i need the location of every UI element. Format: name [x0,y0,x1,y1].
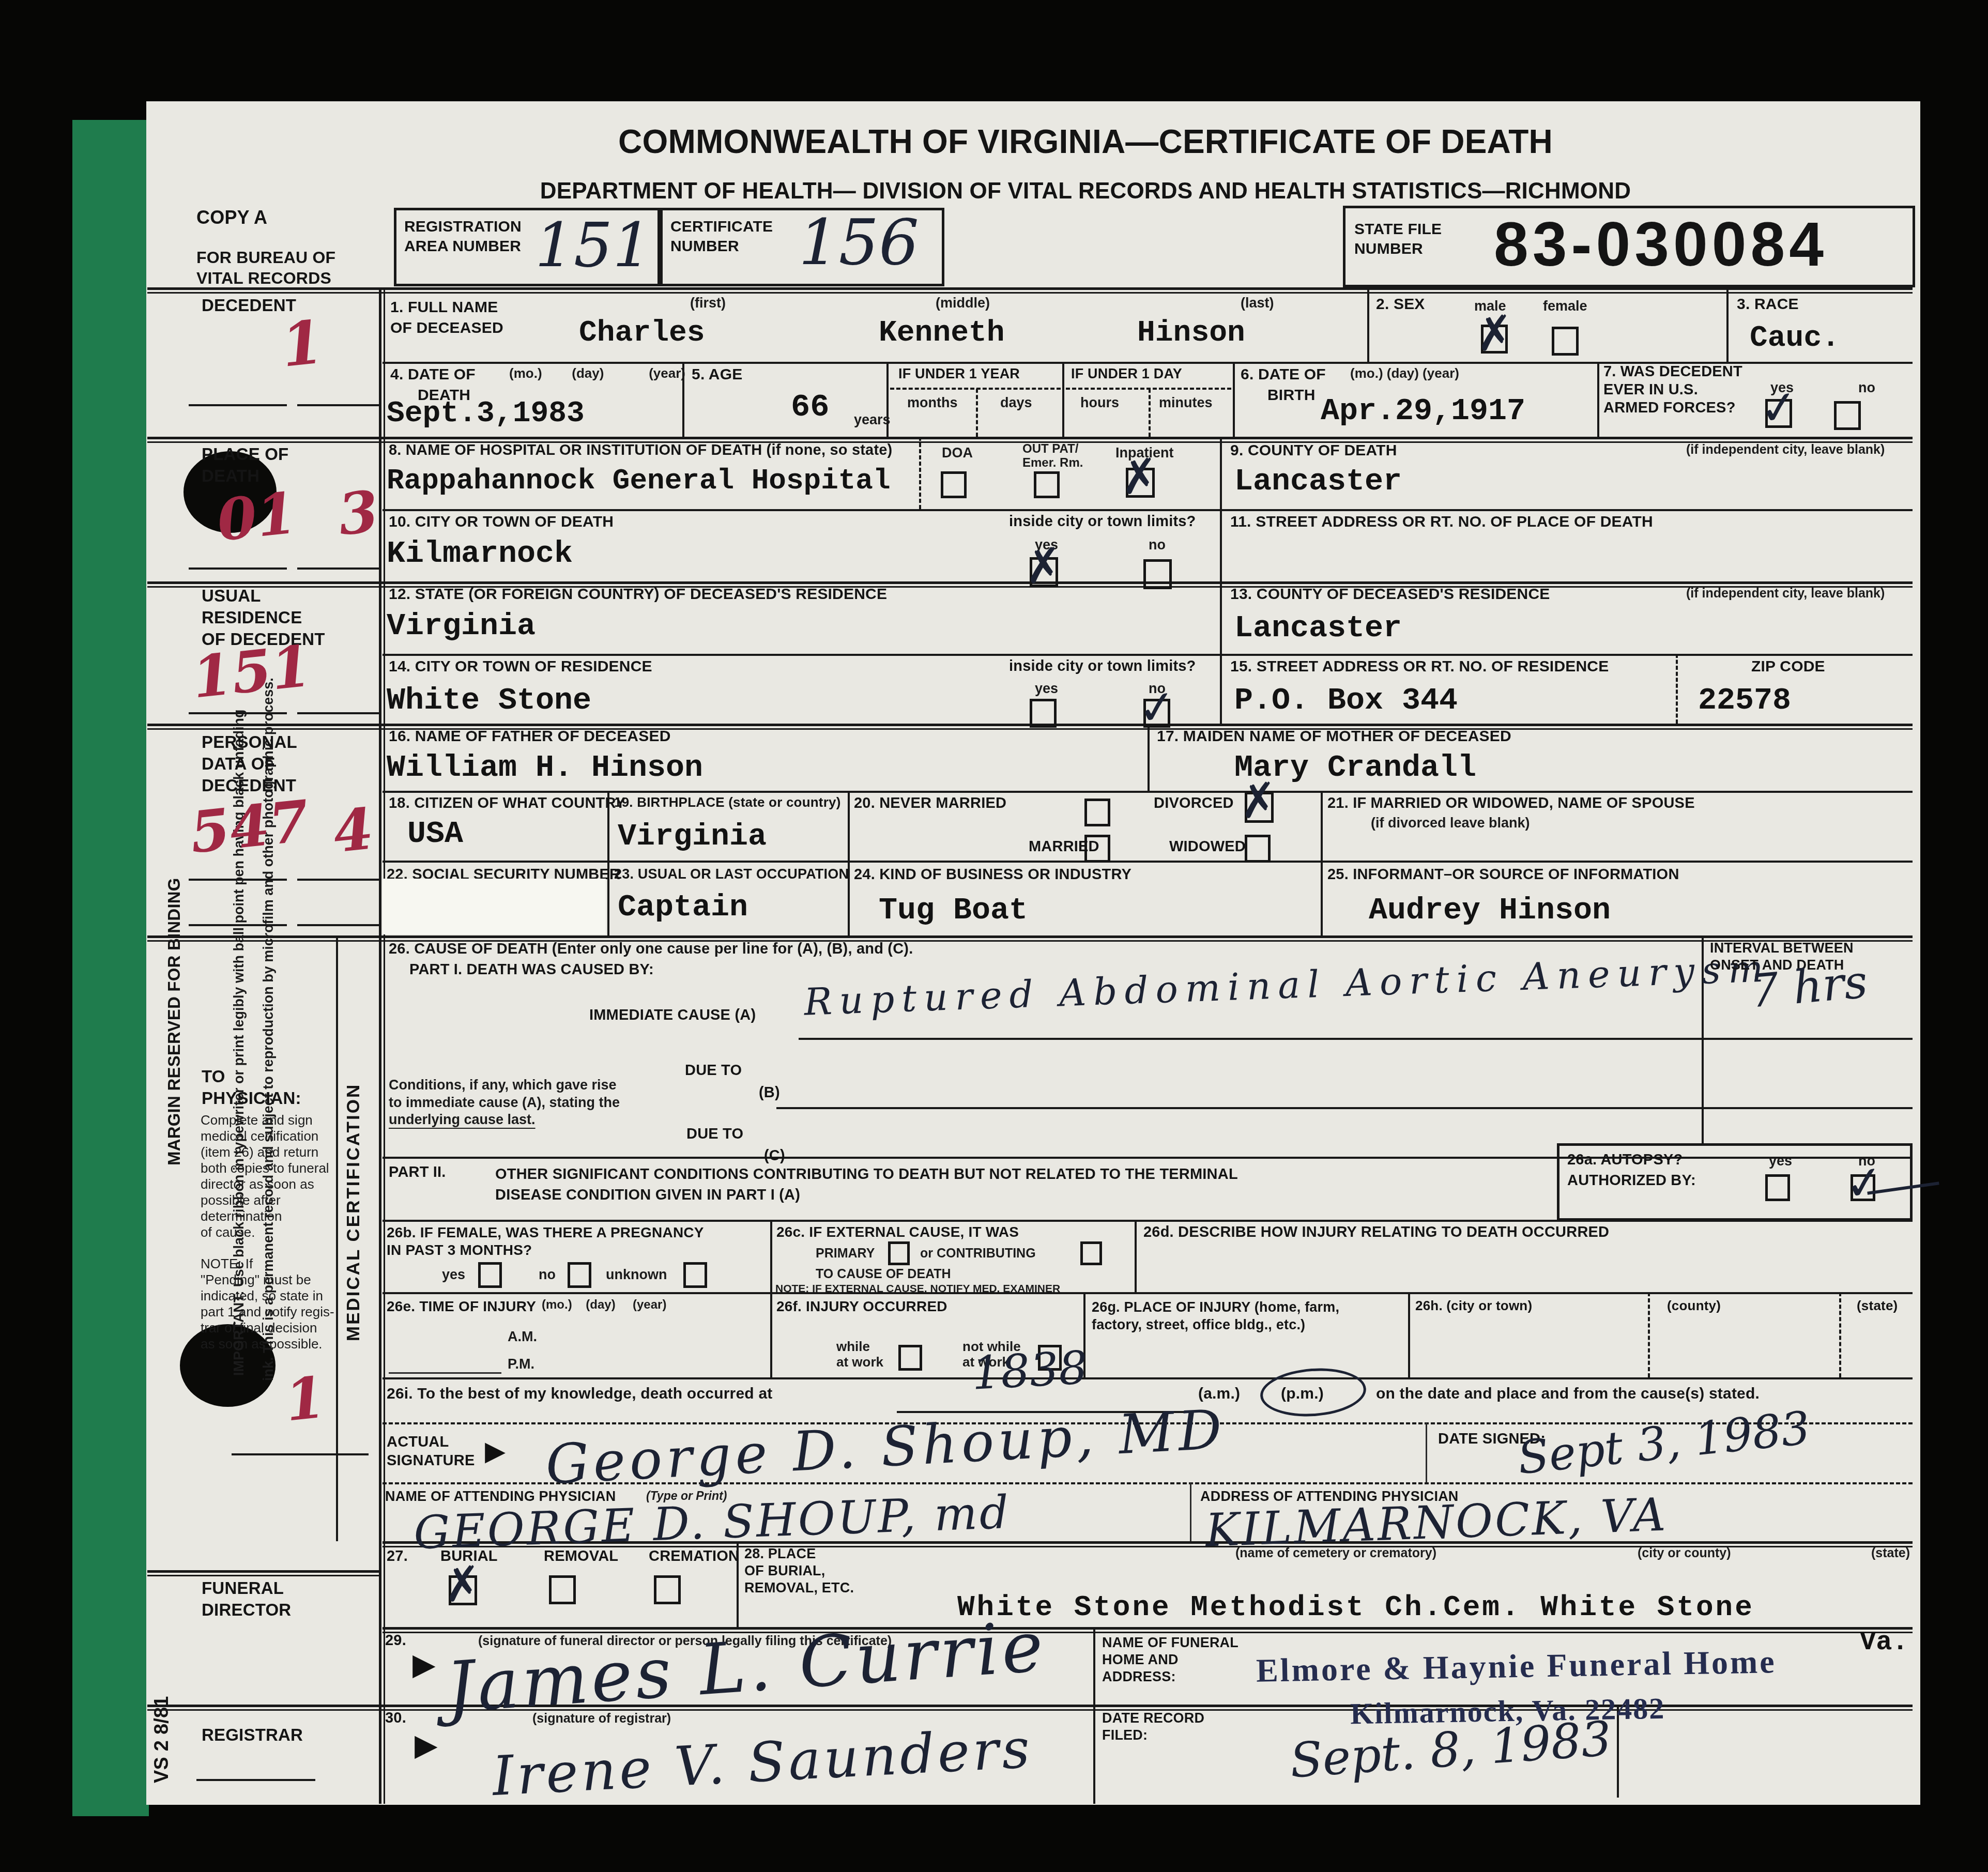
check-mark: ✓ [1843,1158,1886,1208]
pregnancy-unknown-checkbox [683,1262,707,1288]
funeral-home-name-stamp: Elmore & Haynie Funeral Home [1256,1645,1777,1687]
scanned-death-certificate: COMMONWEALTH OF VIRGINIA—CERTIFICATE OF … [0,0,1988,1872]
ssn-whiteout [383,879,606,934]
city-of-death-value: Kilmarnock [387,536,573,572]
funeral-home-label: NAME OF FUNERAL HOME AND ADDRESS: [1102,1634,1238,1685]
armed-forces-no-checkbox [1834,401,1861,430]
contributing-checkbox [1080,1241,1102,1265]
place-of-burial-value2: Va. [1860,1627,1908,1658]
limits-yes-label: yes [1035,681,1058,697]
pm-label: P.M. [508,1357,534,1372]
registrar-signature-label: (signature of registrar) [532,1712,671,1726]
birth-date-units: (mo.) (day) (year) [1350,366,1459,381]
certificate-number-label: CERTIFICATE NUMBER [670,217,773,256]
street-of-death-label: 11. STREET ADDRESS OR RT. NO. OF PLACE O… [1230,513,1653,531]
armed-forces-label: 7. WAS DECEDENT EVER IN U.S. ARMED FORCE… [1603,363,1742,417]
sidebar-decedent-code: 1 [279,312,326,376]
sidebar-physician-note1: Complete and sign medical certification … [201,1112,329,1240]
city-of-death-label: 10. CITY OR TOWN OF DEATH [389,513,614,531]
x-mark: ✗ [1118,452,1161,502]
conditions-note: Conditions, if any, which gave rise to i… [389,1076,620,1111]
part2-text: OTHER SIGNIFICANT CONDITIONS CONTRIBUTIN… [495,1164,1238,1205]
arrow-icon: ▶ [485,1438,506,1465]
state-file-label: STATE FILE NUMBER [1354,220,1442,259]
zip-label: ZIP CODE [1751,658,1825,676]
hospital-value: Rappahannock General Hospital [387,464,891,497]
business-label: 24. KIND OF BUSINESS OR INDUSTRY [854,866,1131,883]
primary-label: PRIMARY [816,1247,875,1261]
pregnancy-no-label: no [539,1267,556,1283]
widowed-label: WIDOWED [1169,838,1246,855]
divorced-checkbox: ✗ [1245,792,1274,823]
cause-of-death-label: 26. CAUSE OF DEATH (Enter only one cause… [389,941,913,958]
zip-value: 22578 [1698,683,1791,718]
part1-label: PART I. DEATH WAS CAUSED BY: [409,961,654,978]
birth-date-value: Apr.29,1917 [1321,394,1525,429]
city-county-hint: (city or county) [1638,1546,1731,1561]
residence-city-value: White Stone [387,683,591,718]
arrow-icon: ▶ [415,1730,438,1760]
removal-checkbox [549,1575,576,1604]
birthplace-label: 19. BIRTHPLACE (state or country) [614,795,841,810]
sidebar-place-code2: 3 [335,483,381,543]
death-occurred-rest-label: on the date and place and from the cause… [1376,1385,1760,1403]
citizen-value: USA [407,817,463,852]
conditions-note-underlined: underlying cause last. [389,1112,536,1128]
primary-checkbox [888,1241,910,1265]
race-label: 3. RACE [1737,296,1799,314]
age-years-label: years [854,412,891,428]
never-married-checkbox [1084,799,1110,826]
copy-label: COPY A [196,207,267,228]
sidebar-place-label: PLACE OF DEATH [202,443,288,487]
residence-limits-no-checkbox: ✓ [1143,699,1170,728]
sidebar-personal-label: PERSONAL DATA OF DECEDENT [202,731,297,796]
injury-state-label: (state) [1857,1298,1898,1314]
residence-street-value: P.O. Box 344 [1234,683,1458,718]
middle-name-value: Kenneth [879,316,1005,350]
never-married-label: 20. NEVER MARRIED [854,795,1006,812]
place-of-burial-value: White Stone Methodist Ch.Cem. White Ston… [957,1591,1754,1624]
spouse-hint: (if divorced leave blank) [1371,816,1530,831]
time-of-injury-units: (mo.) (day) (year) [542,1298,666,1312]
minutes-label: minutes [1159,395,1213,411]
page-title: COMMONWEALTH OF VIRGINIA—CERTIFICATE OF … [310,123,1861,161]
place-of-burial-label: 28. PLACE OF BURIAL, REMOVAL, ETC. [744,1545,854,1597]
burial-checkbox: ✗ [449,1575,477,1605]
death-date-label: 4. DATE OF [390,366,476,384]
outpatient-label: OUT PAT/ Emer. Rm. [1022,442,1083,470]
injury-city-label: 26h. (city or town) [1415,1298,1532,1314]
pregnancy-label: 26b. IF FEMALE, WAS THERE A PREGNANCY IN… [387,1224,704,1259]
divorced-label: DIVORCED [1154,795,1234,812]
state-file-value: 83-030084 [1494,209,1828,280]
place-of-injury-label: 26g. PLACE OF INJURY (home, farm, factor… [1092,1298,1339,1333]
sidebar-physician-code: 1 [282,1369,328,1429]
sidebar-personal-code2: 4 [330,800,376,861]
pregnancy-yes-label: yes [442,1267,465,1283]
residence-county-label: 13. COUNTY OF DECEASED'S RESIDENCE [1230,586,1550,604]
residence-state-value: Virginia [387,609,536,644]
age-value: 66 [791,389,829,425]
margin-reserved-note: MARGIN RESERVED FOR BINDING [164,878,184,1165]
cemetery-hint: (name of cemetery or crematory) [1235,1546,1436,1561]
citizen-label: 18. CITIZEN OF WHAT COUNTRY [389,795,625,812]
certificate-number-value: 156 [799,211,919,274]
pregnancy-no-checkbox [568,1262,591,1288]
injury-county-label: (county) [1667,1298,1721,1314]
sex-label: 2. SEX [1376,296,1425,314]
x-mark: ✗ [1237,776,1280,826]
father-label: 16. NAME OF FATHER OF DECEASED [389,728,671,746]
sex-female-label: female [1543,299,1587,314]
sidebar-place-code1: 01 [215,484,299,549]
item30-number: 30. [385,1710,406,1727]
middle-hint: (middle) [936,296,990,311]
under1year-label: IF UNDER 1 YEAR [898,366,1020,382]
informant-value: Audrey Hinson [1369,893,1611,928]
residence-city-label: 14. CITY OR TOWN OF RESIDENCE [389,658,652,676]
occupation-label: 23. USUAL OR LAST OCCUPATION [614,866,849,882]
item29-number: 29. [385,1632,406,1649]
while-at-work-checkbox [898,1345,922,1371]
x-mark: ✗ [1473,309,1517,359]
registration-area-label: REGISTRATION AREA NUMBER [404,217,522,256]
medical-certification-label: MEDICAL CERTIFICATION [343,1083,364,1341]
describe-injury-label: 26d. DESCRIBE HOW INJURY RELATING TO DEA… [1143,1224,1609,1241]
arrow-icon: ▶ [412,1650,436,1680]
death-date-units: (mo.) (day) (year) [509,366,685,381]
registration-area-value: 151 [535,214,651,275]
sex-male-checkbox: ✗ [1481,325,1508,354]
time-of-injury-label: 26e. TIME OF INJURY [387,1298,536,1315]
check-mark: ✓ [1757,383,1801,433]
state-hint: (state) [1871,1546,1910,1561]
last-hint: (last) [1241,296,1274,311]
sidebar-personal-code1: 547 [188,792,312,861]
removal-label: REMOVAL [544,1548,618,1565]
death-occurred-at-label: 26i. To the best of my knowledge, death … [387,1385,772,1403]
sidebar-physician-note2: NOTE: If "Pending" must be indicated, so… [201,1256,334,1352]
sidebar-to-physician-label: TO PHYSICIAN: [202,1066,301,1109]
residence-street-label: 15. STREET ADDRESS OR RT. NO. OF RESIDEN… [1230,658,1609,676]
county-of-death-value: Lancaster [1234,464,1402,499]
time-of-death-value: 1838 [971,1345,1089,1397]
limits-no-label: no [1149,538,1166,553]
city-limits-yes-checkbox: ✗ [1030,557,1058,587]
due-to-c-label: DUE TO [686,1126,743,1143]
first-name-value: Charles [579,316,705,350]
doa-checkbox [941,471,967,498]
doa-label: DOA [942,446,973,461]
sidebar-registrar-label: REGISTRAR [202,1725,303,1745]
hours-label: hours [1080,395,1119,411]
age-label: 5. AGE [692,366,742,384]
authorized-by-label: AUTHORIZED BY: [1567,1172,1696,1189]
due-to-b-label: DUE TO [685,1062,742,1079]
pregnancy-unknown-label: unknown [606,1267,667,1283]
spouse-label: 21. IF MARRIED OR WIDOWED, NAME OF SPOUS… [1327,795,1695,812]
while-at-work-label: while at work [836,1339,883,1370]
county-of-death-label: 9. COUNTY OF DEATH [1230,442,1397,460]
cremation-label: CREMATION [649,1548,739,1565]
to-cause-label: TO CAUSE OF DEATH [816,1267,951,1282]
city-limits-label: inside city or town limits? [1009,513,1196,530]
days-label: days [1000,395,1032,411]
x-mark: ✗ [441,1559,484,1609]
city-limits-no-checkbox [1143,559,1172,589]
c-label: (C) [764,1147,785,1164]
item27-number: 27. [387,1548,408,1565]
birth-date-label2: BIRTH [1267,387,1316,405]
business-value: Tug Boat [879,893,1028,928]
sex-female-checkbox [1552,327,1579,356]
birthplace-value: Virginia [618,819,767,854]
married-checkbox [1084,835,1110,863]
armed-forces-no-label: no [1858,380,1875,396]
residence-limits-label: inside city or town limits? [1009,658,1196,675]
armed-forces-yes-checkbox: ✓ [1765,399,1792,428]
outpatient-checkbox [1034,471,1060,498]
sidebar-funeral-director-label: FUNERAL DIRECTOR [202,1577,291,1621]
under1day-label: IF UNDER 1 DAY [1071,366,1182,382]
informant-label: 25. INFORMANT–OR SOURCE OF INFORMATION [1327,866,1679,883]
immediate-cause-label: IMMEDIATE CAUSE (A) [589,1007,756,1024]
residence-state-label: 12. STATE (OR FOREIGN COUNTRY) OF DECEAS… [389,586,887,604]
death-date-value: Sept.3,1983 [387,397,585,431]
months-label: months [907,395,958,411]
race-value: Cauc. [1750,321,1840,355]
father-value: William H. Hinson [387,750,703,786]
bureau-label: FOR BUREAU OF VITAL RECORDS [196,247,335,288]
autopsy-label: 26a. AUTOPSY? [1567,1152,1683,1169]
sidebar-residence-code: 151 [190,637,314,706]
part2-label: PART II. [389,1164,446,1181]
cremation-checkbox [654,1575,681,1604]
contributing-label: or CONTRIBUTING [920,1247,1036,1261]
external-cause-label: 26c. IF EXTERNAL CAUSE, IT WAS [776,1224,1019,1240]
first-hint: (first) [690,296,726,311]
last-name-value: Hinson [1137,316,1245,350]
injury-occurred-label: 26f. INJURY OCCURRED [776,1298,947,1315]
birth-date-label: 6. DATE OF [1241,366,1326,384]
widowed-checkbox [1245,835,1271,863]
pregnancy-yes-checkbox [478,1262,502,1288]
inpatient-checkbox: ✗ [1126,468,1155,498]
autopsy-yes-checkbox [1765,1174,1790,1201]
interval-value: 7 hrs [1748,959,1870,1015]
autopsy-no-checkbox: ✓ [1851,1174,1875,1201]
date-filed-label: DATE RECORD FILED: [1102,1710,1204,1744]
actual-signature-label: ACTUAL SIGNATURE [387,1433,475,1470]
residence-limits-yes-checkbox [1030,699,1057,728]
x-mark: ✗ [1022,541,1065,591]
check-mark: ✓ [1136,683,1179,733]
binding-green-stripe [72,120,149,1816]
field1-label: 1. FULL NAME OF DECEASED [390,297,503,339]
page-subtitle: DEPARTMENT OF HEALTH— DIVISION OF VITAL … [310,178,1861,205]
autopsy-yes-label: yes [1769,1154,1792,1169]
occupation-value: Captain [618,890,748,925]
residence-county-value: Lancaster [1234,611,1402,646]
external-note: NOTE: IF EXTERNAL CAUSE, NOTIFY MED. EXA… [775,1283,1060,1295]
residence-county-hint: (if independent city, leave blank) [1686,587,1885,601]
hospital-label: 8. NAME OF HOSPITAL OR INSTITUTION OF DE… [389,442,892,459]
county-of-death-hint: (if independent city, leave blank) [1686,443,1885,457]
b-label: (B) [759,1084,780,1101]
mother-label: 17. MAIDEN NAME OF MOTHER OF DECEASED [1157,728,1511,746]
am-label: A.M. [508,1329,537,1345]
